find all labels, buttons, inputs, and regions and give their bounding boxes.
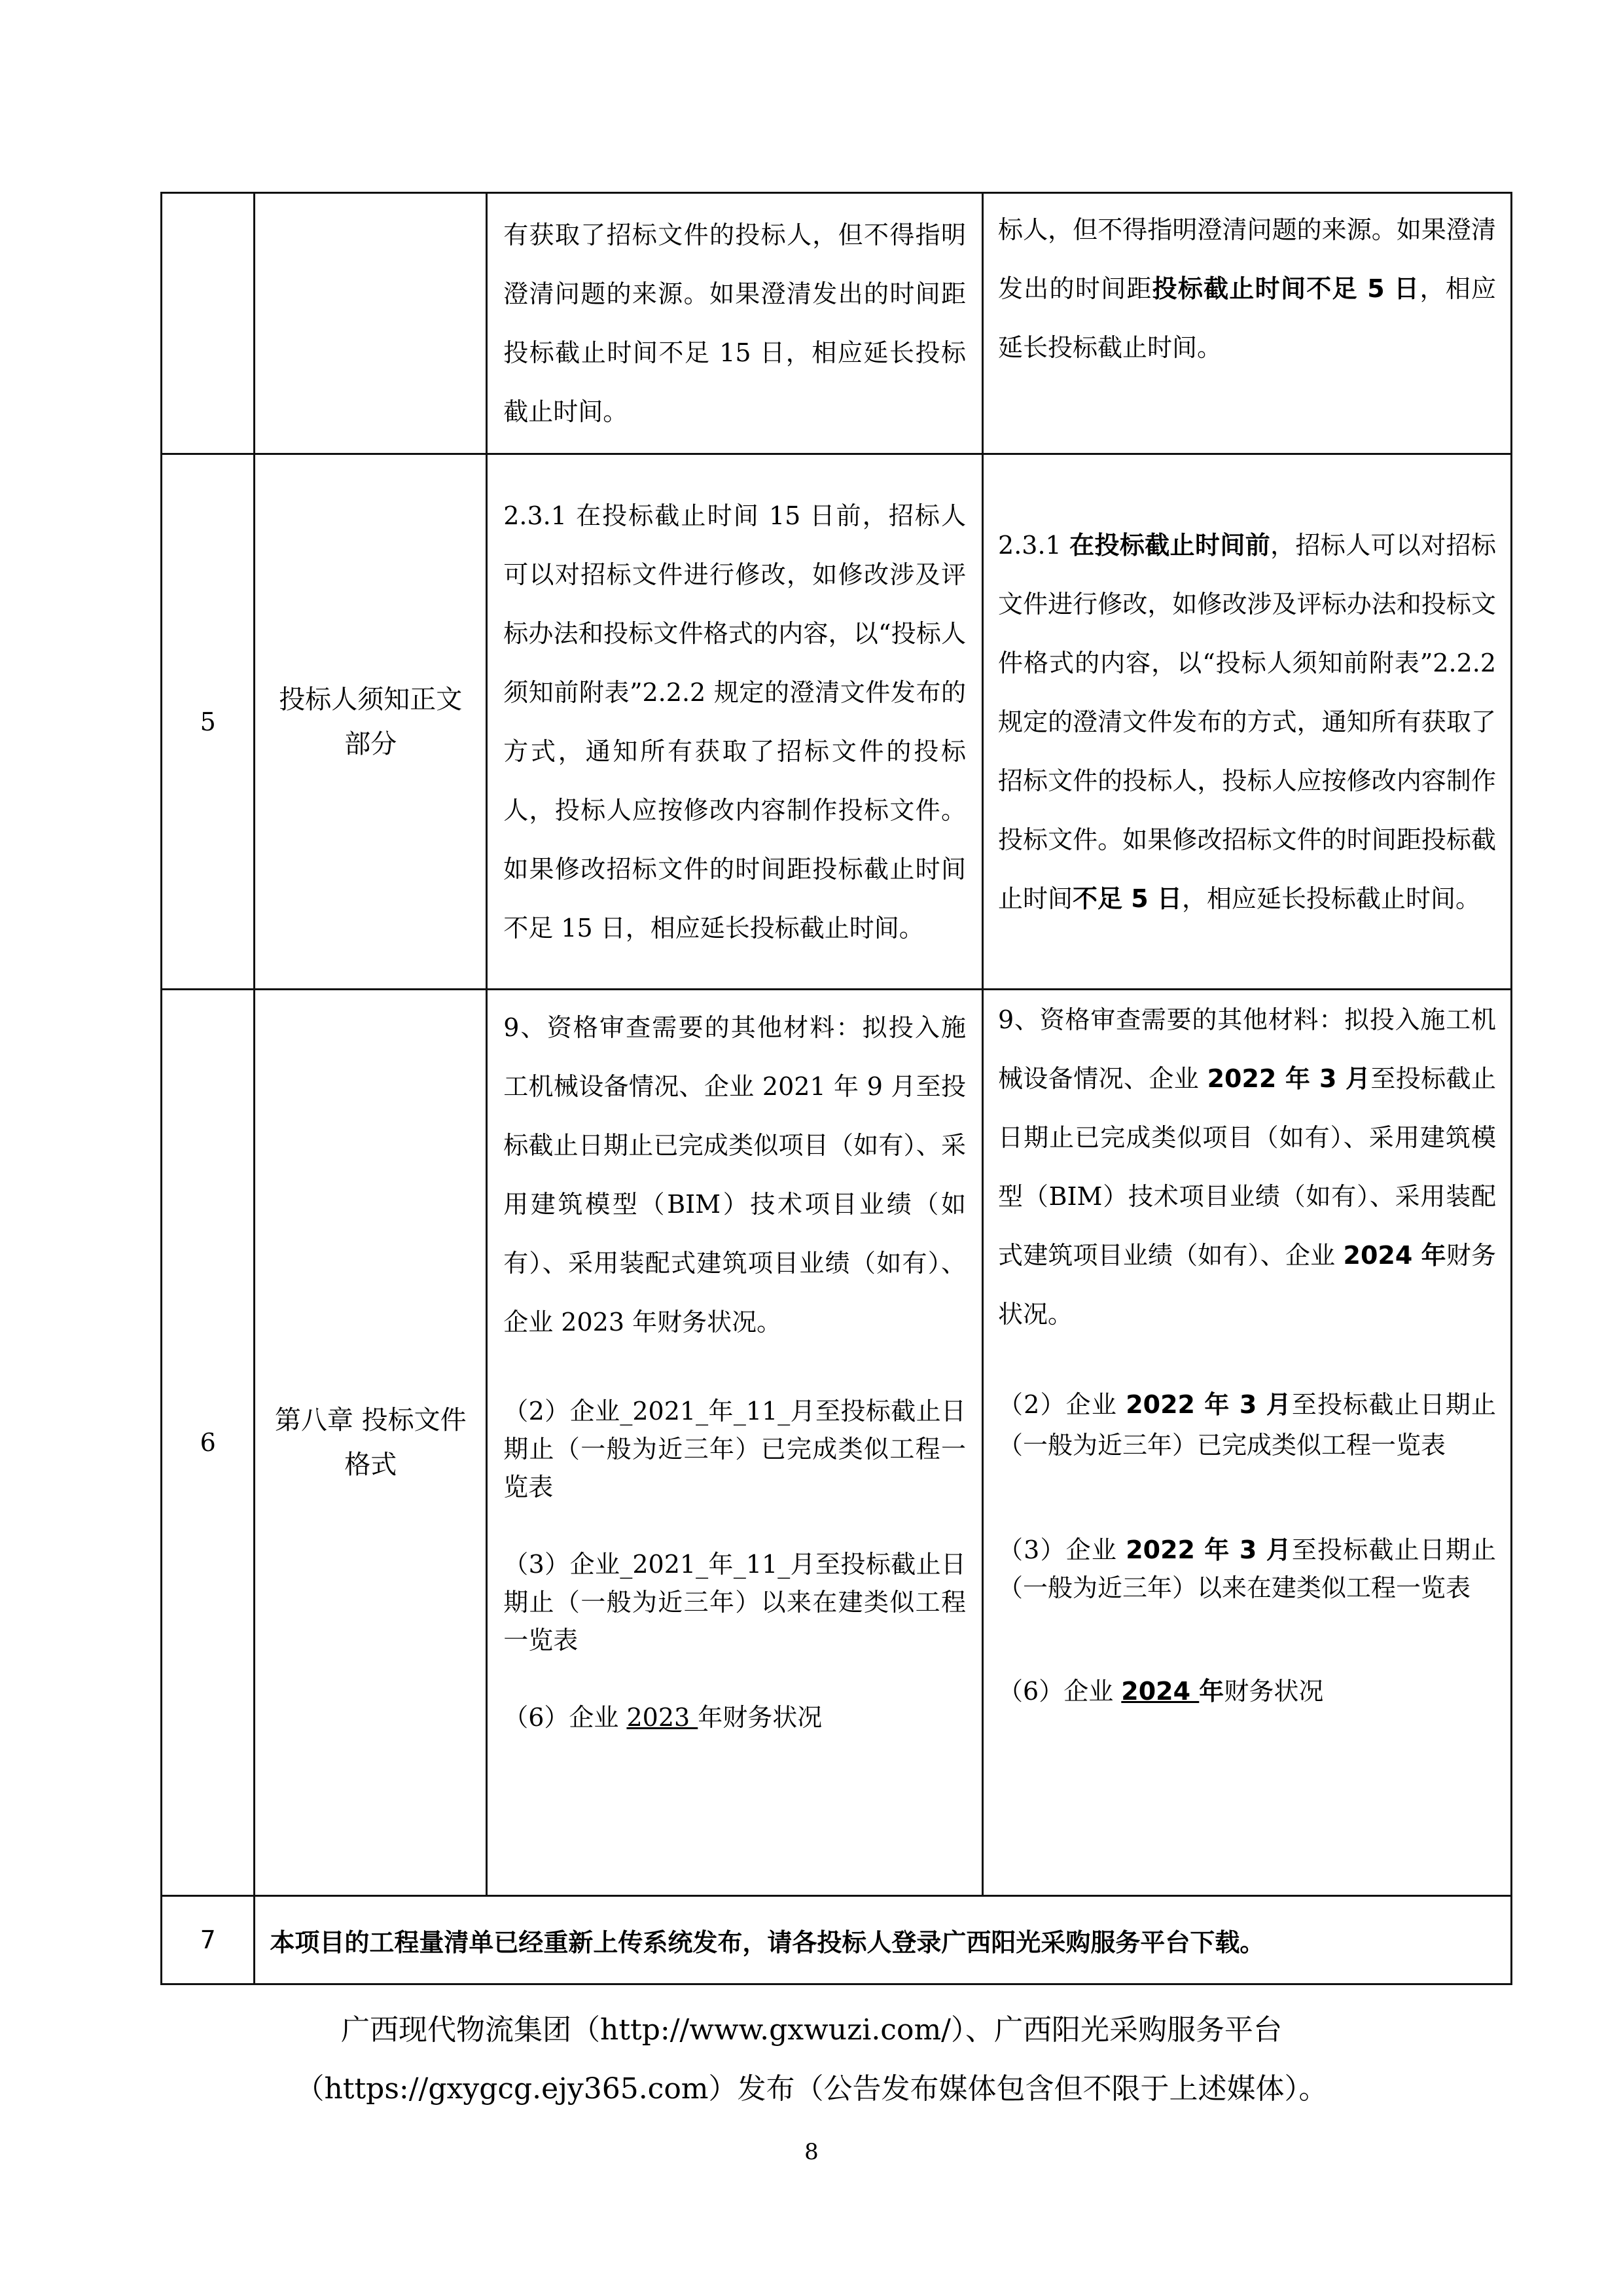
original-text: 2.3.1 在投标截止时间 15 日前，招标人可以对招标文件进行修改，如修改涉及… xyxy=(487,454,983,990)
row-item xyxy=(255,193,487,454)
revised-text: 9、资格审查需要的其他材料：拟投入施工机械设备情况、企业 2022 年 3 月至… xyxy=(983,990,1512,1896)
revised-paragraph: 2.3.1 在投标截止时间前，招标人可以对招标文件进行修改，如修改涉及评标办法和… xyxy=(998,516,1496,928)
original-paragraph-6: （6）企业 2023 年财务状况 xyxy=(503,1698,966,1736)
table-row-7: 7 本项目的工程量清单已经重新上传系统发布，请各投标人登录广西阳光采购服务平台下… xyxy=(162,1896,1512,1984)
revised-paragraph: 标人，但不得指明澄清问题的来源。如果澄清发出的时间距投标截止时间不足 5 日，相… xyxy=(998,200,1496,377)
amendment-table: 有获取了招标文件的投标人，但不得指明澄清问题的来源。如果澄清发出的时间距投标截止… xyxy=(160,192,1512,1985)
revised-highlight: 不足 5 日 xyxy=(1073,884,1182,913)
original-paragraph: 有获取了招标文件的投标人，但不得指明澄清问题的来源。如果澄清发出的时间距投标截止… xyxy=(503,206,966,441)
original-paragraph-3: （3）企业_2021_年_11_月至投标截止日期止（一般为近三年）以来在建类似工… xyxy=(503,1545,966,1659)
revised-paragraph-2: （2）企业 2022 年 3 月至投标截止日期止（一般为近三年）已完成类似工程一… xyxy=(998,1384,1496,1465)
page-number: 8 xyxy=(0,2139,1623,2165)
publication-note-line-2: （https://gxygcg.ejy365.com）发布（公告发布媒体包含但不… xyxy=(0,2065,1623,2107)
original-paragraph-2: （2）企业_2021_年_11_月至投标截止日期止（一般为近三年）已完成类似工程… xyxy=(503,1392,966,1506)
original-paragraph-9: 9、资格审查需要的其他材料：拟投入施工机械设备情况、企业 2021 年 9 月至… xyxy=(503,998,966,1352)
row-item: 投标人须知正文部分 xyxy=(255,454,487,990)
table-row-6: 6 第八章 投标文件格式 9、资格审查需要的其他材料：拟投入施工机械设备情况、企… xyxy=(162,990,1512,1896)
row-number: 7 xyxy=(162,1896,255,1984)
row-note: 本项目的工程量清单已经重新上传系统发布，请各投标人登录广西阳光采购服务平台下载。 xyxy=(255,1896,1512,1984)
original-text: 9、资格审查需要的其他材料：拟投入施工机械设备情况、企业 2021 年 9 月至… xyxy=(487,990,983,1896)
row-number: 5 xyxy=(162,454,255,990)
revised-paragraph-9: 9、资格审查需要的其他材料：拟投入施工机械设备情况、企业 2022 年 3 月至… xyxy=(998,990,1496,1344)
table-row-5: 5 投标人须知正文部分 2.3.1 在投标截止时间 15 日前，招标人可以对招标… xyxy=(162,454,1512,990)
revised-highlight: 投标截止时间不足 5 日 xyxy=(1152,274,1420,303)
publication-note-line-1: 广西现代物流集团（http://www.gxwuzi.com/）、广西阳光采购服… xyxy=(0,2006,1623,2048)
revised-text: 标人，但不得指明澄清问题的来源。如果澄清发出的时间距投标截止时间不足 5 日，相… xyxy=(983,193,1512,454)
table-row-continuation: 有获取了招标文件的投标人，但不得指明澄清问题的来源。如果澄清发出的时间距投标截止… xyxy=(162,193,1512,454)
revised-paragraph-6: （6）企业 2024 年财务状况 xyxy=(998,1672,1496,1710)
row-number: 6 xyxy=(162,990,255,1896)
revised-paragraph-3: （3）企业 2022 年 3 月至投标截止日期止（一般为近三年）以来在建类似工程… xyxy=(998,1531,1496,1607)
revised-text: 2.3.1 在投标截止时间前，招标人可以对招标文件进行修改，如修改涉及评标办法和… xyxy=(983,454,1512,990)
row-number xyxy=(162,193,255,454)
original-paragraph: 2.3.1 在投标截止时间 15 日前，招标人可以对招标文件进行修改，如修改涉及… xyxy=(503,486,966,958)
original-text: 有获取了招标文件的投标人，但不得指明澄清问题的来源。如果澄清发出的时间距投标截止… xyxy=(487,193,983,454)
revised-highlight: 在投标截止时间前 xyxy=(1069,531,1270,560)
row-item: 第八章 投标文件格式 xyxy=(255,990,487,1896)
